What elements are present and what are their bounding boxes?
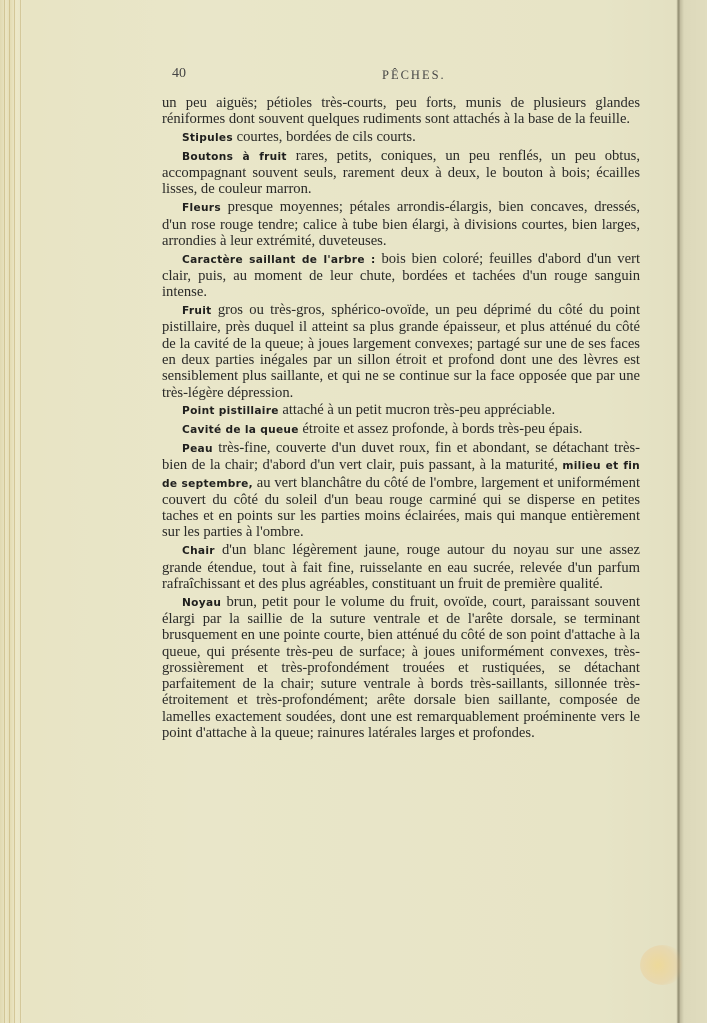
book-spine-fold	[677, 0, 680, 1023]
paragraph-text: attaché à un petit mucron très-peu appré…	[279, 402, 555, 418]
paragraph-term: Point pistillaire	[182, 405, 279, 417]
paragraph-term: Noyau	[182, 597, 221, 609]
paragraph-text: brun, petit pour le volume du fruit, ovo…	[162, 594, 640, 741]
paragraph-term: Caractère saillant de l'arbre :	[182, 254, 376, 266]
paragraph-cavite: Cavité de la queue étroite et assez prof…	[162, 421, 640, 438]
paragraph-text: presque moyennes; pétales arrondis-élarg…	[162, 199, 640, 249]
paragraph-text: un peu aiguës; pétioles très-courts, peu…	[162, 95, 640, 127]
paragraph-text: étroite et assez profonde, à bords très-…	[299, 421, 583, 437]
paragraph-term: Fleurs	[182, 202, 221, 214]
paragraph-term: Chair	[182, 545, 215, 557]
paragraph-term: Boutons à fruit	[182, 151, 287, 163]
page-edge-line	[4, 0, 5, 1023]
paragraph-point-pistillaire: Point pistillaire attaché à un petit muc…	[162, 402, 640, 419]
paragraph-term: Stipules	[182, 132, 233, 144]
page-edge-line	[9, 0, 10, 1023]
paragraph-term: Fruit	[182, 305, 212, 317]
paragraph-fruit: Fruit gros ou très-gros, sphérico-ovoïde…	[162, 302, 640, 401]
paragraph-boutons: Boutons à fruit rares, petits, coniques,…	[162, 148, 640, 198]
paragraph-chair: Chair d'un blanc légèrement jaune, rouge…	[162, 542, 640, 592]
page-header: 40 PÊCHES.	[172, 66, 652, 86]
page-edge-line	[14, 0, 15, 1023]
paragraph-term: Cavité de la queue	[182, 424, 299, 436]
book-page: 40 PÊCHES. un peu aiguës; pétioles très-…	[0, 0, 707, 1023]
paragraph-text: d'un blanc légèrement jaune, rouge autou…	[162, 542, 640, 592]
paragraph-fleurs: Fleurs presque moyennes; pétales arrondi…	[162, 199, 640, 249]
paragraph-text: gros ou très-gros, sphérico-ovoïde, un p…	[162, 302, 640, 400]
paper-stain	[640, 945, 685, 985]
paragraph-noyau: Noyau brun, petit pour le volume du frui…	[162, 594, 640, 742]
body-text: un peu aiguës; pétioles très-courts, peu…	[162, 95, 640, 743]
running-title: PÊCHES.	[382, 68, 446, 83]
page-number: 40	[172, 66, 186, 82]
paragraph-caractere: Caractère saillant de l'arbre : bois bie…	[162, 251, 640, 301]
page-edge-line	[20, 0, 21, 1023]
paragraph-term: Peau	[182, 443, 213, 455]
paragraph-text: courtes, bordées de cils courts.	[233, 129, 416, 145]
paragraph-stipules: Stipules courtes, bordées de cils courts…	[162, 129, 640, 146]
paragraph-peau: Peau très-fine, couverte d'un duvet roux…	[162, 440, 640, 541]
paragraph-leaf-continuation: un peu aiguës; pétioles très-courts, peu…	[162, 95, 640, 128]
